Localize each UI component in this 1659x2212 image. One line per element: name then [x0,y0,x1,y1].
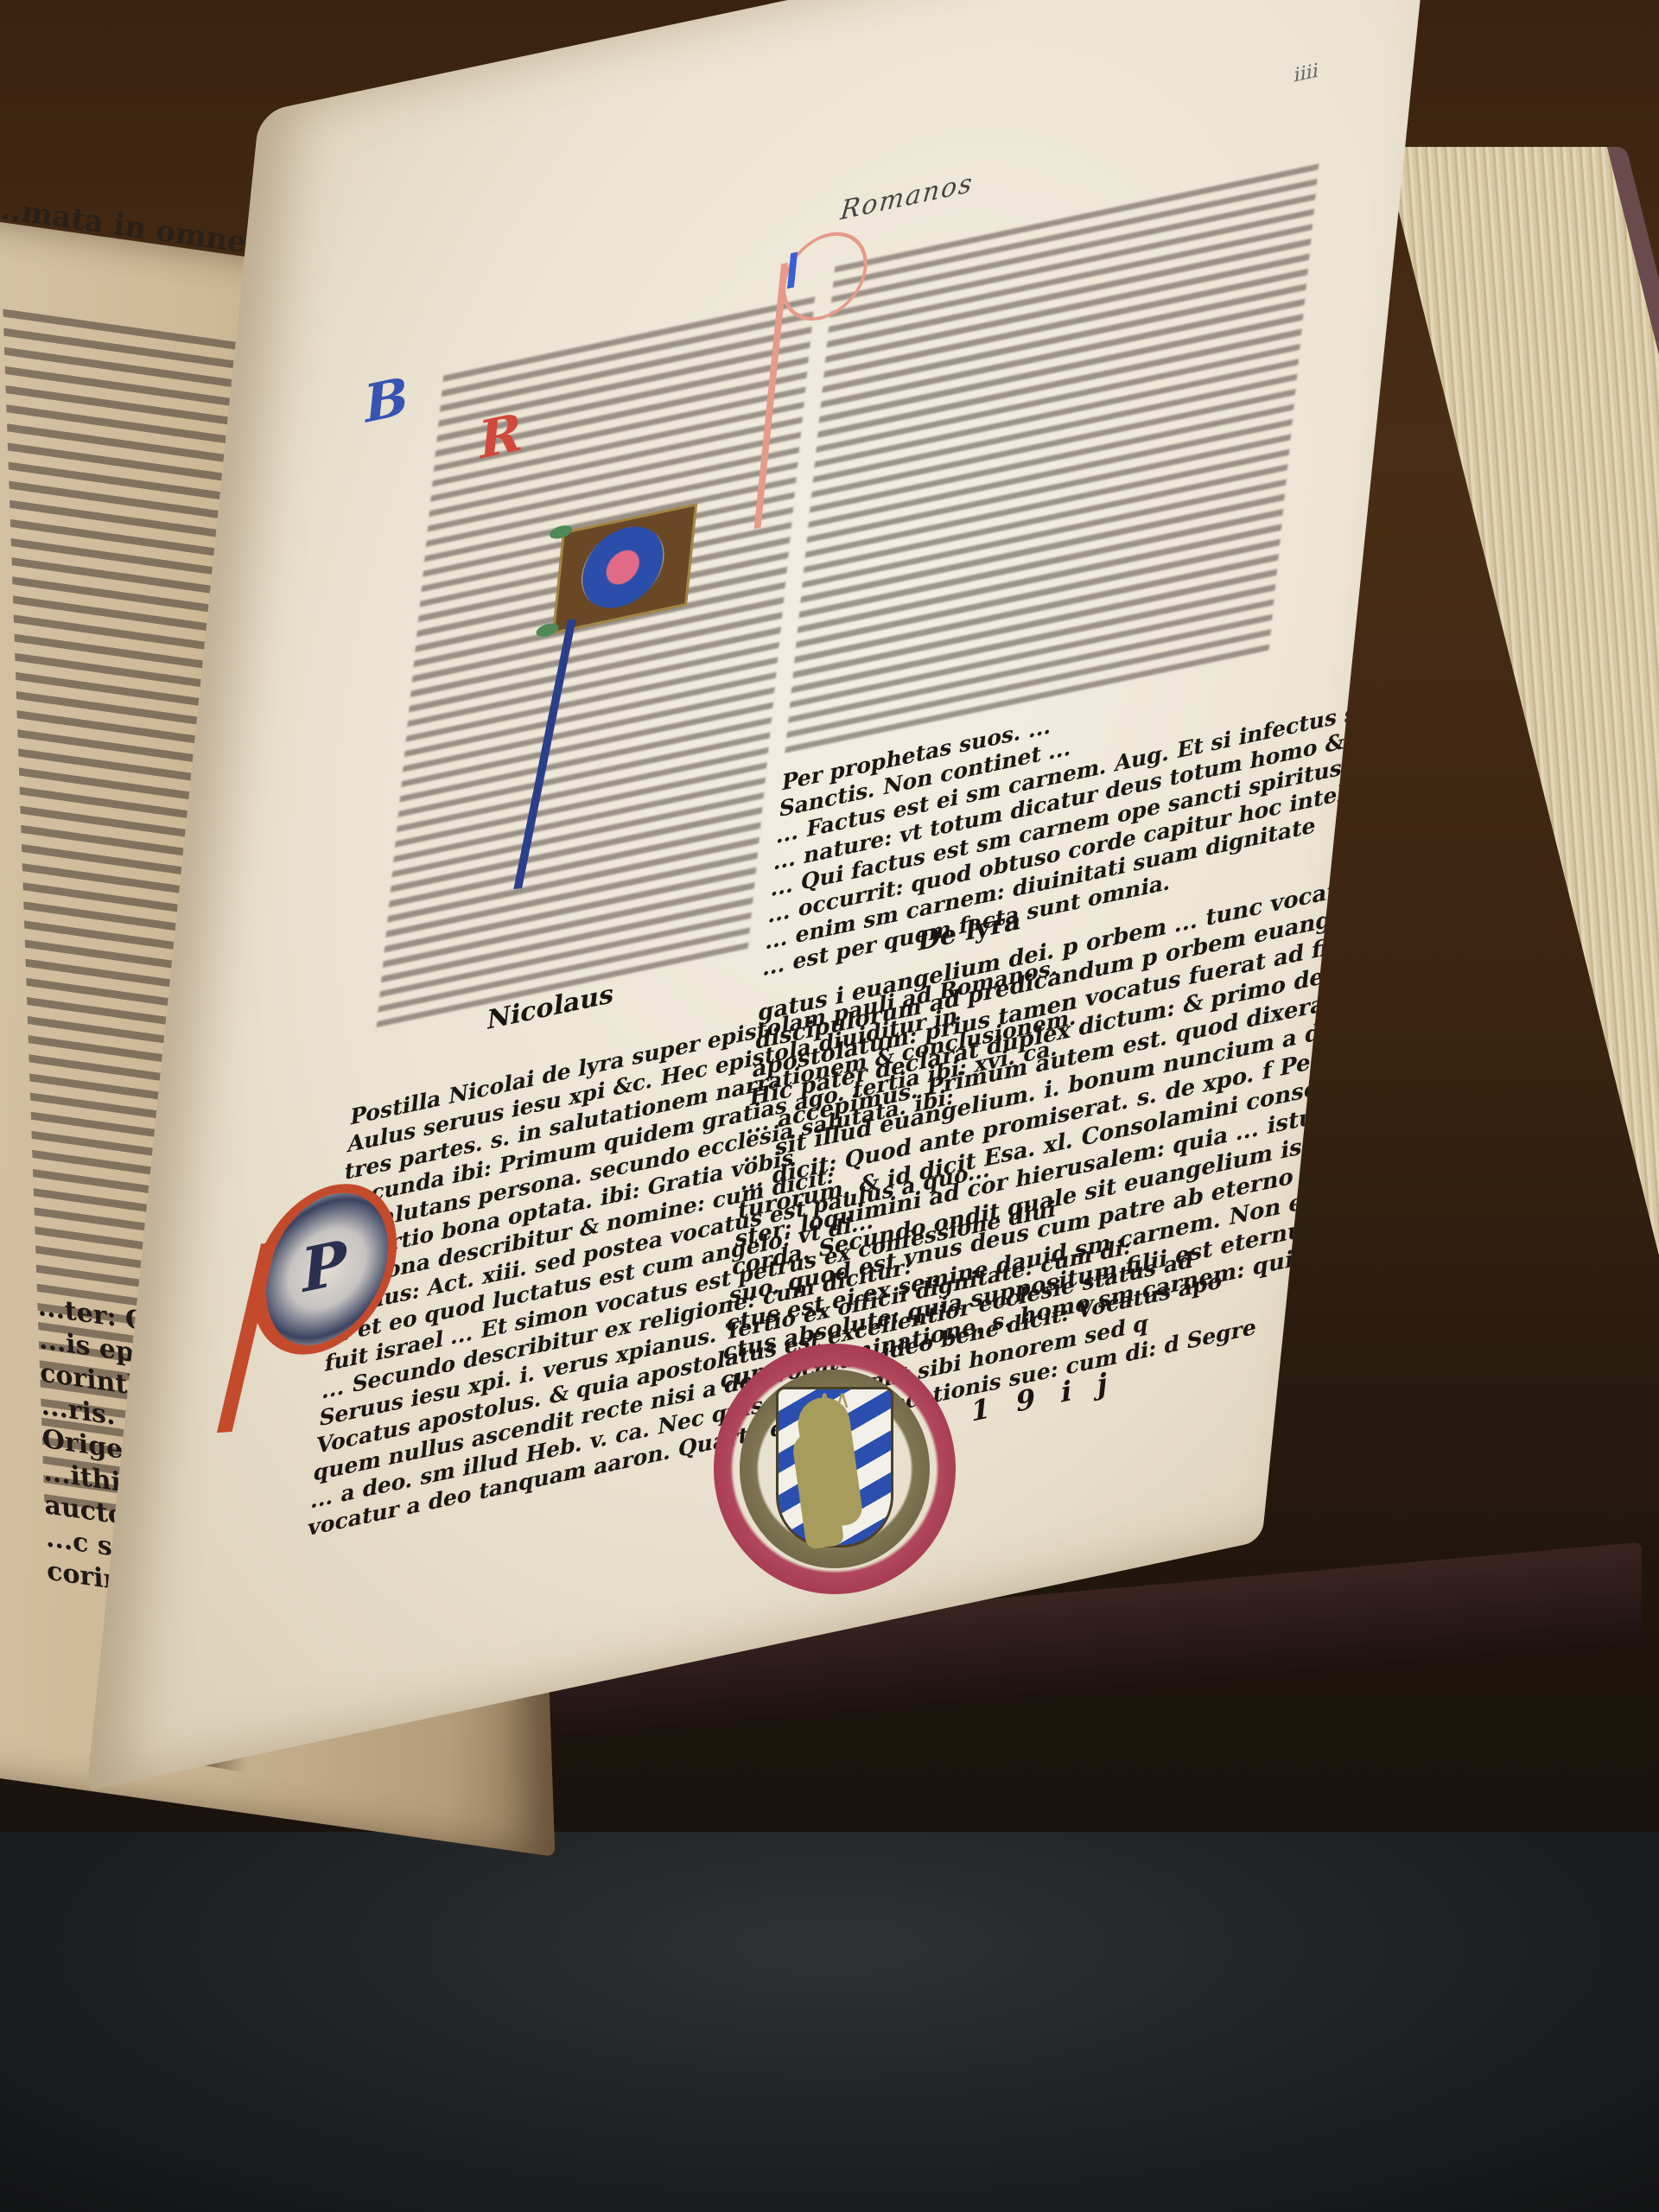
initial-r-red: R [476,402,525,473]
folio-number: iiii [1293,60,1319,87]
coat-of-arms: ∧∧ [714,1344,956,1594]
horns-icon: ∧∧ [816,1385,851,1414]
initial-p-letter: P [298,1224,351,1307]
running-head: Romanos [839,168,975,226]
initial-p-red-stem [217,1243,276,1433]
initial-p-blue-accent [787,252,798,289]
open-book: ...ter: Origenes iuo ... ...is eplc. Scr… [0,0,1659,2212]
initial-b-blue: B [361,365,411,436]
rose-ornament-icon [578,518,668,615]
page-stack-edge [1382,147,1659,1616]
commentary-column-left [376,296,815,1029]
